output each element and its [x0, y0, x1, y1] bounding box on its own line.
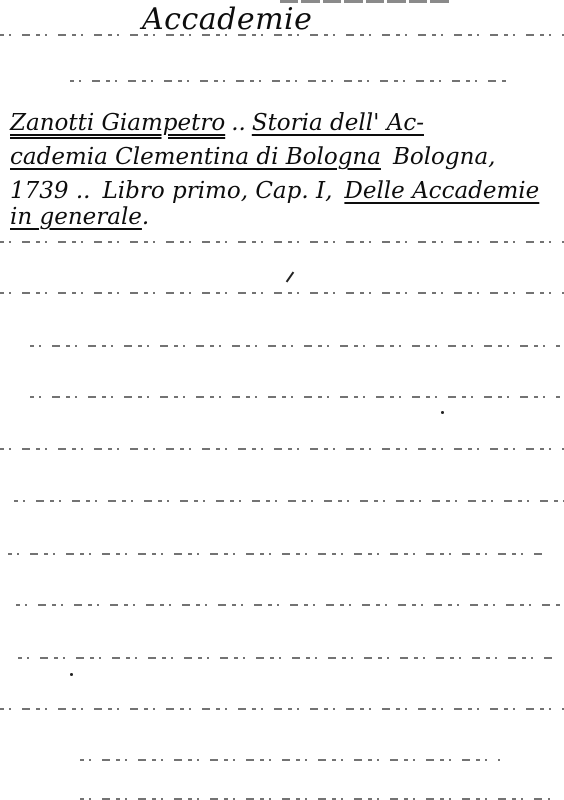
entry-line-2: cademia Clementina di BolognaBologna,: [10, 146, 495, 169]
stray-dot: [70, 673, 73, 676]
chapter-title-part-1: Delle Accademie: [344, 178, 539, 204]
ruled-line: [0, 292, 564, 294]
entry-line-1: Zanotti Giampetro..Storia dell' Ac-: [10, 112, 424, 135]
stray-dot: [441, 411, 444, 414]
ruled-line: [30, 345, 560, 347]
ruled-line: [0, 34, 564, 36]
ruled-line: [8, 553, 548, 555]
ruled-line: [70, 80, 510, 82]
ruled-line: [18, 657, 554, 659]
author-name: Zanotti Giampetro: [10, 110, 225, 136]
entry-line-3: 1739 ..Libro primo, Cap. I,Delle Accadem…: [10, 180, 539, 203]
card-heading: Accademie: [142, 2, 312, 37]
ruled-line: [14, 500, 564, 502]
ruled-line: [0, 448, 564, 450]
index-card: Accademie Zanotti Giampetro..Storia dell…: [0, 0, 564, 800]
author-separator: ..: [231, 110, 246, 136]
book-section: Libro primo, Cap. I,: [102, 178, 332, 204]
end-mark: .: [142, 204, 149, 230]
publication-place: Bologna,: [393, 144, 496, 170]
entry-line-4: in generale.: [10, 206, 149, 229]
publication-year: 1739 ..: [10, 178, 90, 204]
ruled-line: [0, 241, 564, 243]
ruled-line: [80, 759, 500, 761]
work-title-part-2: cademia Clementina di Bologna: [10, 144, 381, 170]
work-title-part-1: Storia dell' Ac-: [252, 110, 424, 136]
ruled-line: [16, 604, 560, 606]
chapter-title-part-2: in generale: [10, 204, 142, 230]
ruled-line: [30, 396, 560, 398]
stray-pen-mark: [286, 272, 295, 283]
ruled-line: [0, 708, 564, 710]
